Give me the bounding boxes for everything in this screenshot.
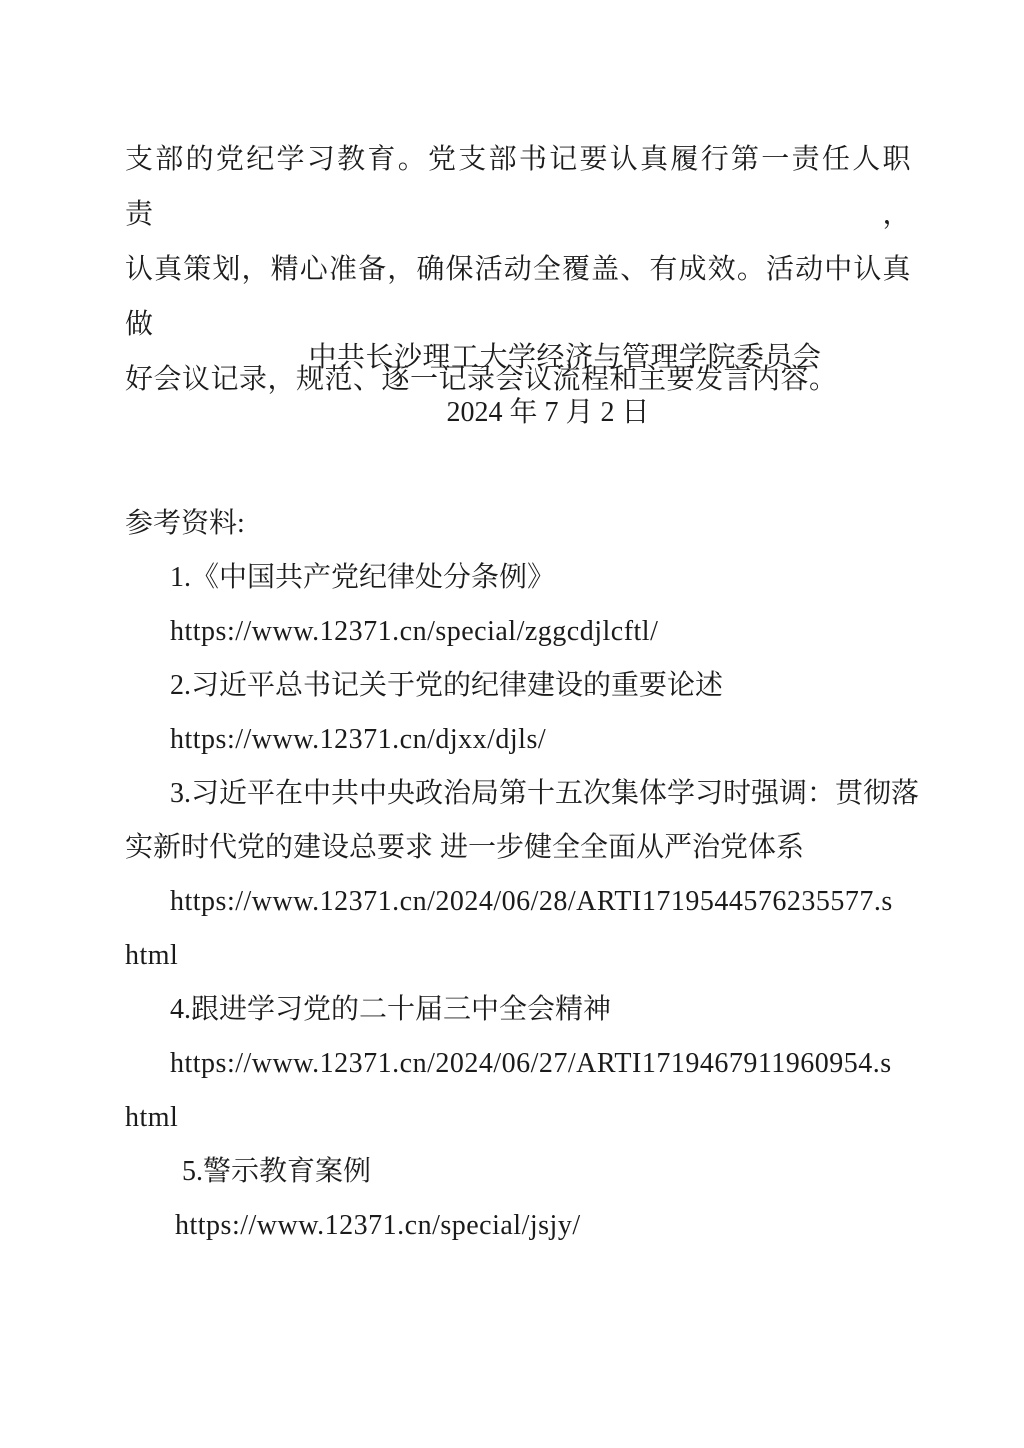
signature-date: 2024 年 7 月 2 日 (153, 385, 943, 440)
reference-url-line: https://www.12371.cn/2024/06/27/ARTI1719… (125, 1037, 955, 1091)
references-section: 参考资料: 1.《中国共产党纪律处分条例》https://www.12371.c… (125, 497, 955, 1253)
reference-url-line: html (125, 1091, 955, 1145)
reference-title-line: 3.习近平在中共中央政治局第十五次集体学习时强调：贯彻落 (125, 767, 955, 821)
references-heading: 参考资料: (125, 497, 955, 551)
reference-url-line: https://www.12371.cn/2024/06/28/ARTI1719… (125, 875, 955, 929)
reference-url-line: https://www.12371.cn/special/jsjy/ (125, 1199, 955, 1253)
signature-committee: 中共长沙理工大学经济与管理学院委员会 (170, 330, 960, 385)
reference-url-line: html (125, 929, 955, 983)
reference-url-line: https://www.12371.cn/djxx/djls/ (125, 713, 955, 767)
paragraph-line: 支部的党纪学习教育。党支部书记要认真履行第一责任人职责， (125, 132, 911, 242)
reference-title-line: 1.《中国共产党纪律处分条例》 (125, 551, 955, 605)
reference-title-line: 2.习近平总书记关于党的纪律建设的重要论述 (125, 659, 955, 713)
reference-url-line: https://www.12371.cn/special/zggcdjlcftl… (125, 605, 955, 659)
references-list: 1.《中国共产党纪律处分条例》https://www.12371.cn/spec… (125, 551, 955, 1253)
reference-title-line: 4.跟进学习党的二十届三中全会精神 (125, 983, 955, 1037)
document-page: 支部的党纪学习教育。党支部书记要认真履行第一责任人职责，认真策划，精心准备，确保… (0, 0, 1024, 1448)
reference-title-line: 实新时代党的建设总要求 进一步健全全面从严治党体系 (125, 821, 955, 875)
reference-title-line: 5.警示教育案例 (125, 1145, 955, 1199)
